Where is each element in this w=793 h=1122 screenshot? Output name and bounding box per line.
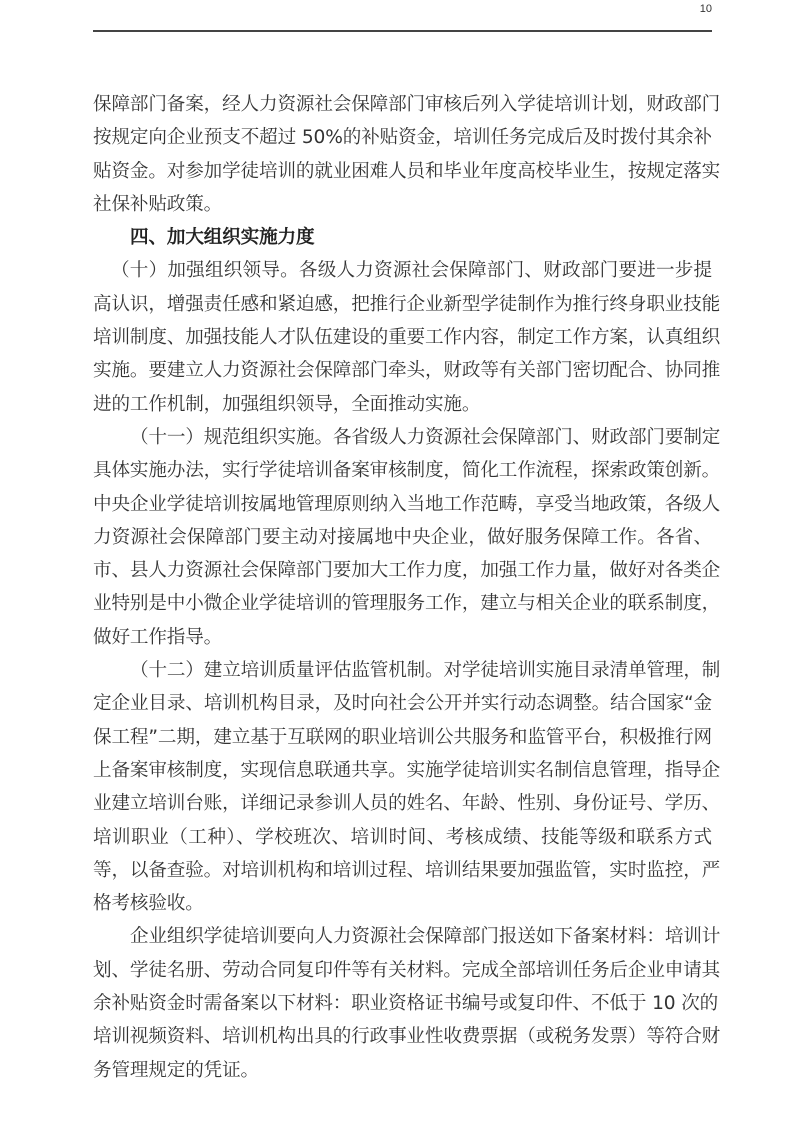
text-line: （十一）规范组织实施。各省级人力资源社会保障部门、财政部门要制定 [93, 421, 712, 454]
text-line: 贴资金。对参加学徒培训的就业困难人员和毕业年度高校毕业生，按规定落实 [93, 155, 712, 188]
paragraph-materials: 企业组织学徒培训要向人力资源社会保障部门报送如下备案材料：培训计 划、学徒名册、… [93, 920, 712, 1086]
document-body: 保障部门备案，经人力资源社会保障部门审核后列入学徒培训计划，财政部门 按规定向企… [93, 88, 712, 1087]
text-line: 培训制度、加强技能人才队伍建设的重要工作内容，制定工作方案，认真组织 [93, 321, 712, 354]
text-line: 按规定向企业预支不超过 50%的补贴资金，培训任务完成后及时拨付其余补 [93, 121, 712, 154]
paragraph-10: （十）加强组织领导。各级人力资源社会保障部门、财政部门要进一步提 高认识，增强责… [93, 254, 712, 420]
text-line: 市、县人力资源社会保障部门要加大工作力度，加强工作力量，做好对各类企 [93, 554, 712, 587]
text-line: 等，以备查验。对培训机构和培训过程、培训结果要加强监管，实时监控，严 [93, 854, 712, 887]
section-heading: 四、加大组织实施力度 [93, 221, 712, 254]
text-line: （十）加强组织领导。各级人力资源社会保障部门、财政部门要进一步提 [93, 254, 712, 287]
text-line: 高认识，增强责任感和紧迫感，把推行企业新型学徒制作为推行终身职业技能 [93, 288, 712, 321]
text-line: 余补贴资金时需备案以下材料：职业资格证书编号或复印件、不低于 10 次的 [93, 987, 712, 1020]
text-line: 务管理规定的凭证。 [93, 1054, 712, 1087]
text-line: 格考核验收。 [93, 887, 712, 920]
text-line: 企业组织学徒培训要向人力资源社会保障部门报送如下备案材料：培训计 [93, 920, 712, 953]
text-line: 做好工作指导。 [93, 621, 712, 654]
text-line: 实施。要建立人力资源社会保障部门牵头，财政等有关部门密切配合、协同推 [93, 354, 712, 387]
page-number: 10 [690, 3, 712, 15]
text-line: 业建立培训台账，详细记录参训人员的姓名、年龄、性别、身份证号、学历、 [93, 787, 712, 820]
text-line: 培训职业（工种）、学校班次、培训时间、考核成绩、技能等级和联系方式 [93, 821, 712, 854]
paragraph-continuation: 保障部门备案，经人力资源社会保障部门审核后列入学徒培训计划，财政部门 按规定向企… [93, 88, 712, 221]
text-line: 定企业目录、培训机构目录，及时向社会公开并实行动态调整。结合国家“金 [93, 687, 712, 720]
paragraph-11: （十一）规范组织实施。各省级人力资源社会保障部门、财政部门要制定 具体实施办法，… [93, 421, 712, 654]
text-line: 业特别是中小微企业学徒培训的管理服务工作，建立与相关企业的联系制度， [93, 587, 712, 620]
text-line: 进的工作机制，加强组织领导，全面推动实施。 [93, 388, 712, 421]
text-line: 社保补贴政策。 [93, 188, 712, 221]
text-line: 具体实施办法，实行学徒培训备案审核制度，简化工作流程，探索政策创新。 [93, 454, 712, 487]
header-rule [93, 30, 712, 32]
text-line: 保障部门备案，经人力资源社会保障部门审核后列入学徒培训计划，财政部门 [93, 88, 712, 121]
text-line: 上备案审核制度，实现信息联通共享。实施学徒培训实名制信息管理，指导企 [93, 754, 712, 787]
text-line: 力资源社会保障部门要主动对接属地中央企业，做好服务保障工作。各省、 [93, 521, 712, 554]
text-line: 划、学徒名册、劳动合同复印件等有关材料。完成全部培训任务后企业申请其 [93, 954, 712, 987]
text-line: 中央企业学徒培训按属地管理原则纳入当地工作范畴，享受当地政策，各级人 [93, 488, 712, 521]
paragraph-12: （十二）建立培训质量评估监管机制。对学徒培训实施目录清单管理，制 定企业目录、培… [93, 654, 712, 920]
text-line: 保工程”二期，建立基于互联网的职业培训公共服务和监管平台，积极推行网 [93, 721, 712, 754]
text-line: （十二）建立培训质量评估监管机制。对学徒培训实施目录清单管理，制 [93, 654, 712, 687]
text-line: 培训视频资料、培训机构出具的行政事业性收费票据（或税务发票）等符合财 [93, 1020, 712, 1053]
